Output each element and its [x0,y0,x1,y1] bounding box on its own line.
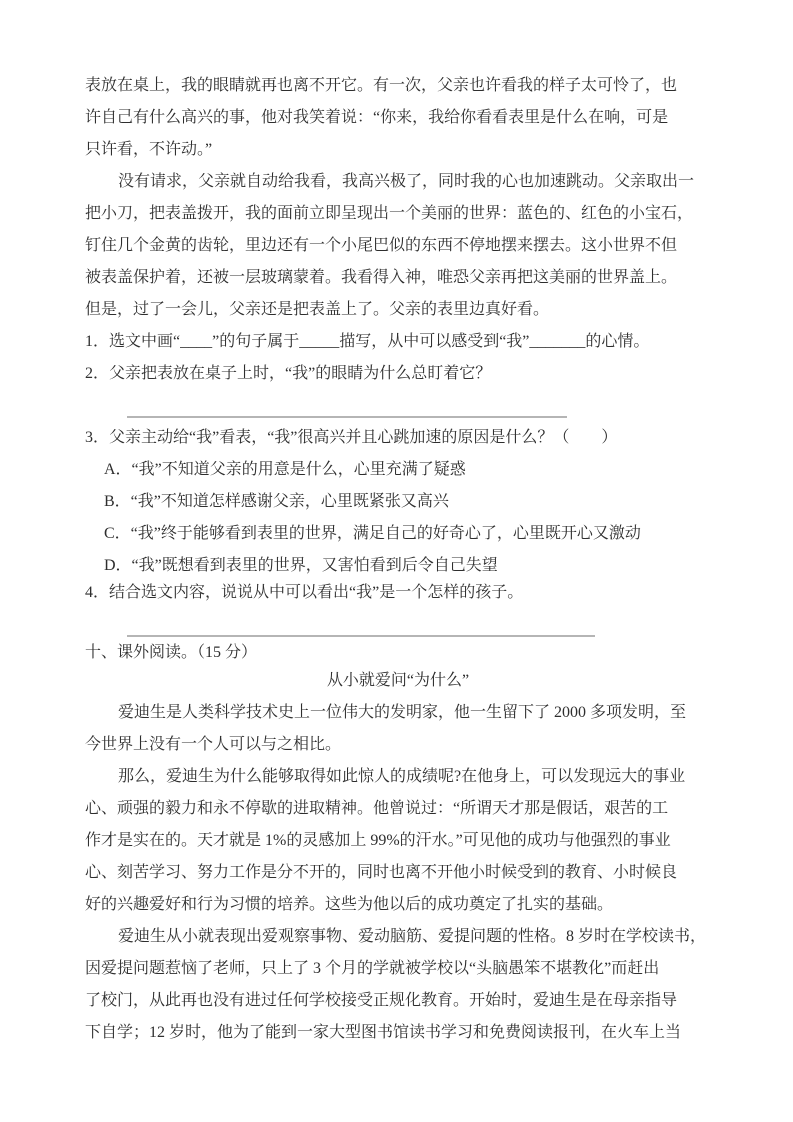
passage2-line: 了校门，从此再也没有进过任何学校接受正规化教育。开始时，爱迪生是在母亲指导 [85,985,711,1017]
passage1-line: 但是，过了一会儿，父亲还是把表盖上了。父亲的表里边真好看。 [85,294,711,326]
answer-blank-line [127,609,595,637]
passage1-line: 钉住几个金黄的齿轮，里边还有一个小尾巴似的东西不停地摆来摆去。这小世界不但 [85,230,711,262]
passage1-line: 没有请求，父亲就自动给我看，我高兴极了，同时我的心也加速跳动。父亲取出一 [85,166,711,198]
passage2-line: 心、刻苦学习、努力工作是分不开的，同时也离不开他小时候受到的教育、小时候良 [85,857,711,889]
question-2: 2．父亲把表放在桌子上时，“我”的眼睛为什么总盯着它？ [85,358,711,390]
question-3: 3．父亲主动给“我”看表，“我”很高兴并且心跳加速的原因是什么？（ ） [85,422,711,454]
passage1-line: 只许看，不许动。” [85,134,711,166]
passage2-line: 爱迪生是人类科学技术史上一位伟大的发明家，他一生留下了 2000 多项发明，至 [85,697,711,729]
passage1-line: 被表盖保护着，还被一层玻璃蒙着。我看得入神，唯恐父亲再把这美丽的世界盖上。 [85,262,711,294]
passage2-title: 从小就爱问“为什么” [85,665,711,697]
option-a: A．“我”不知道父亲的用意是什么，心里充满了疑惑 [85,454,711,486]
passage2-line: 爱迪生从小就表现出爱观察事物、爱动脑筋、爱提问题的性格。8 岁时在学校读书， [85,921,711,953]
question-1: 1．选文中画“____”的句子属于_____描写，从中可以感受到“我”_____… [85,326,711,358]
passage1-line: 把小刀，把表盖拨开，我的面前立即呈现出一个美丽的世界：蓝色的、红色的小宝石， [85,198,711,230]
passage2-line: 今世界上没有一个人可以与之相比。 [85,729,711,761]
question-4: 4．结合选文内容，说说从中可以看出“我”是一个怎样的孩子。 [85,577,711,609]
passage2-line: 那么，爱迪生为什么能够取得如此惊人的成绩呢?在他身上，可以发现远大的事业 [85,761,711,793]
test-paper-page: 表放在桌上，我的眼睛就再也离不开它。有一次，父亲也许看我的样子太可怜了，也 许自… [0,0,793,1122]
passage2-line: 作才是实在的。天才就是 1%的灵感加上 99%的汗水。”可见他的成功与他强烈的事… [85,825,711,857]
option-c: C．“我”终于能够看到表里的世界，满足自己的好奇心了，心里既开心又激动 [85,518,711,550]
passage1-line: 许自己有什么高兴的事，他对我笑着说：“你来，我给你看看表里是什么在响，可是 [85,102,711,134]
passage2-line: 下自学；12 岁时，他为了能到一家大型图书馆读书学习和免费阅读报刊，在火车上当 [85,1017,711,1049]
passage2-line: 因爱提问题惹恼了老师，只上了 3 个月的学就被学校以“头脑愚笨不堪教化”而赶出 [85,953,711,985]
passage2-line: 好的兴趣爱好和行为习惯的培养。这些为他以后的成功奠定了扎实的基础。 [85,889,711,921]
answer-blank-line [127,390,567,418]
option-b: B．“我”不知道怎样感谢父亲，心里既紧张又高兴 [85,486,711,518]
passage2-line: 心、顽强的毅力和永不停歇的进取精神。他曾说过：“所谓天才那是假话，艰苦的工 [85,793,711,825]
passage1-line: 表放在桌上，我的眼睛就再也离不开它。有一次，父亲也许看我的样子太可怜了，也 [85,70,711,102]
